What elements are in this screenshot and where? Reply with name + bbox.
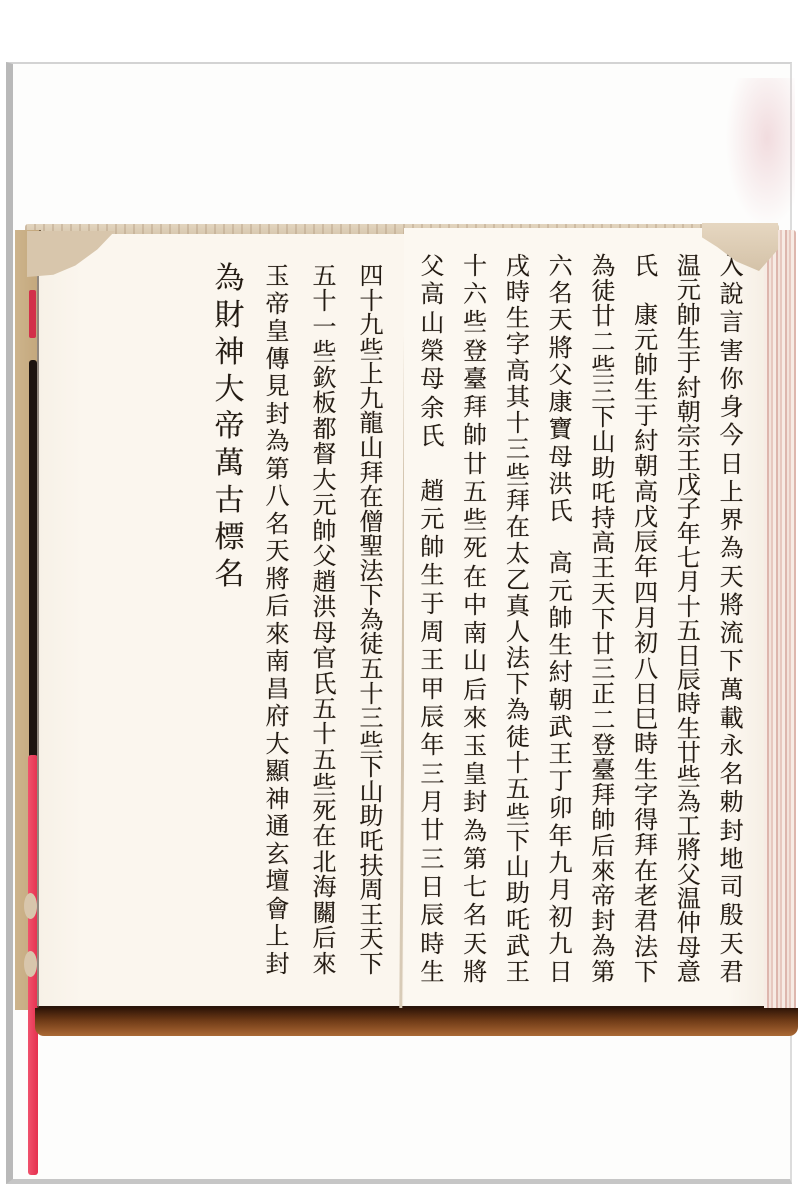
glyph: 生 (506, 306, 530, 330)
glyph: 五 (463, 480, 487, 504)
glyph: 二 (591, 708, 615, 732)
text-column: 玉帝皇傳見封為第八名天將后來南昌府大顯神通玄壇會上封 (255, 264, 300, 976)
glyph: 封 (463, 790, 487, 814)
glyph: 戊 (634, 505, 658, 529)
glyph: 萬 (720, 678, 744, 702)
glyph: 日 (420, 875, 444, 899)
glyph: 法 (360, 559, 384, 583)
glyph: 吒 (360, 829, 384, 853)
text-column: 父高山榮母余氏趙元帥生于周王甲辰年三月廿三日辰時生 (412, 254, 453, 984)
glyph: 為 (591, 254, 615, 278)
glyph: 月 (420, 790, 444, 814)
glyph: 后 (266, 594, 290, 618)
text-column: 六名天將父康寶母洪氏高元帥生紂朝武王丁卯年九月初九日 (540, 254, 581, 984)
glyph: 古 (215, 486, 245, 516)
text-column: 入說言害你身今日上界為天將流下萬載永名勅封地司殷天君 (711, 254, 752, 984)
binding-notch (24, 951, 37, 977)
glyph: 會 (266, 897, 290, 921)
glyph: 十 (506, 751, 530, 775)
glyph: 父 (677, 863, 701, 887)
glyph: 帥 (313, 519, 337, 543)
glyph: 于 (634, 404, 658, 428)
glyph: 來 (591, 859, 615, 883)
glyph: 王 (420, 648, 444, 672)
glyph: 法 (634, 935, 658, 959)
glyph: 三 (591, 657, 615, 681)
glyph: 中 (463, 593, 487, 617)
glyph: 廿 (591, 304, 615, 328)
glyph: 帝 (591, 884, 615, 908)
glyph: 父 (549, 363, 573, 387)
glyph: 趙 (313, 570, 337, 594)
text-column: 為徒廿二些三下山助吒持高王天下廿三正二登臺拜帥后來帝封為第 (583, 254, 624, 984)
glyph: 母 (420, 367, 444, 391)
glyph: 初 (549, 905, 573, 929)
glyph: 王 (506, 960, 530, 984)
glyph: 上 (266, 924, 290, 948)
glyph: 下 (506, 672, 530, 696)
glyph: 康 (549, 390, 573, 414)
pink-smudge (725, 78, 795, 228)
glyph: 為 (215, 264, 245, 294)
glyph: 下 (720, 649, 744, 673)
glyph: 母 (549, 445, 573, 469)
glyph: 五 (677, 619, 701, 643)
glyph: 府 (266, 704, 290, 728)
manuscript-photo: 四十九些上九龍山拜在僧聖法下為徒五十三些下山助吒扶周王天下五十一些欽板都督大元帥… (6, 62, 792, 1184)
glyph: 年 (549, 824, 573, 848)
glyph: 些 (677, 765, 701, 789)
binding-notch (24, 893, 37, 919)
glyph: 時 (634, 732, 658, 756)
glyph: 名 (215, 560, 245, 590)
text-column: 氏康元帥生于紂朝高戊辰年四月初八日巳時生字得拜在老君法下 (626, 254, 667, 984)
glyph: 十 (313, 722, 337, 746)
glyph: 天 (463, 932, 487, 956)
glyph: 帥 (549, 606, 573, 630)
glyph: 六 (463, 282, 487, 306)
glyph: 氏 (549, 499, 573, 523)
glyph: 都 (313, 417, 337, 441)
page-stack-edges (764, 230, 796, 1010)
glyph: 辰 (420, 903, 444, 927)
glyph: 皇 (463, 762, 487, 786)
glyph: 為 (360, 608, 384, 632)
glyph: 卯 (549, 796, 573, 820)
glyph: 死 (313, 799, 337, 823)
glyph: 將 (677, 838, 701, 862)
text-column: 温元帥生于紂朝宗王戊子年七月十五日辰時生廿些為工將父温仲母意 (669, 254, 710, 984)
glyph: 些 (360, 731, 384, 755)
glyph: 氏 (420, 424, 444, 448)
glyph: 為 (591, 934, 615, 958)
glyph: 王 (591, 556, 615, 580)
glyph: 二 (591, 330, 615, 354)
glyph: 意 (677, 960, 701, 984)
glyph: 海 (313, 875, 337, 899)
glyph: 在 (313, 824, 337, 848)
glyph: 地 (720, 847, 744, 871)
glyph: 帥 (420, 535, 444, 559)
glyph: 廿 (591, 632, 615, 656)
glyph: 僧 (360, 510, 384, 534)
glyph: 勅 (720, 790, 744, 814)
glyph: 欽 (313, 366, 337, 390)
left-page-text: 四十九些上九龍山拜在僧聖法下為徒五十三些下山助吒扶周王天下五十一些欽板都督大元帥… (206, 264, 394, 976)
glyph: 七 (463, 875, 487, 899)
glyph: 在 (463, 565, 487, 589)
glyph: 登 (591, 733, 615, 757)
glyph: 老 (634, 884, 658, 908)
glyph: 元 (634, 328, 658, 352)
glyph: 帝 (266, 292, 290, 316)
glyph: 正 (591, 682, 615, 706)
glyph: 帥 (591, 808, 615, 832)
glyph: 宗 (677, 424, 701, 448)
glyph: 法 (506, 646, 530, 670)
glyph: 下 (591, 405, 615, 429)
glyph: 四 (634, 581, 658, 605)
glyph: 朝 (549, 688, 573, 712)
glyph: 天 (549, 308, 573, 332)
glyph: 高 (634, 480, 658, 504)
glyph: 三 (506, 437, 530, 461)
glyph: 五 (313, 697, 337, 721)
glyph: 下 (360, 755, 384, 779)
glyph: 拜 (591, 783, 615, 807)
glyph: 洪 (549, 472, 573, 496)
glyph: 仲 (677, 911, 701, 935)
glyph: 康 (634, 303, 658, 327)
glyph: 五 (313, 748, 337, 772)
glyph: 下 (634, 960, 658, 984)
glyph: 元 (549, 579, 573, 603)
glyph: 月 (634, 606, 658, 630)
right-page: 入說言害你身今日上界為天將流下萬載永名勅封地司殷天君温元帥生于紂朝宗王戊子年七月… (404, 228, 764, 1010)
glyph: 山 (463, 649, 487, 673)
glyph: 第 (591, 960, 615, 984)
glyph: 流 (720, 621, 744, 645)
glyph: 北 (313, 850, 337, 874)
glyph: 紂 (634, 429, 658, 453)
glyph: 太 (506, 542, 530, 566)
glyph: 戊 (677, 473, 701, 497)
glyph: 你 (720, 367, 744, 391)
glyph: 些 (506, 803, 530, 827)
glyph: 元 (420, 507, 444, 531)
glyph: 氏 (313, 672, 337, 696)
glyph: 財 (215, 301, 245, 331)
glyph: 甲 (420, 677, 444, 701)
glyph: 下 (506, 829, 530, 853)
text-column: 五十一些欽板都督大元帥父趙洪母官氏五十五些死在北海關后來 (302, 264, 347, 976)
glyph: 工 (677, 814, 701, 838)
glyph: 標 (215, 523, 245, 553)
glyph: 九 (360, 387, 384, 411)
glyph: 下 (360, 952, 384, 976)
text-column: 十六些登臺拜帥廿五些死在中南山后來玉皇封為第七名天將 (455, 254, 496, 984)
glyph: 月 (549, 878, 573, 902)
glyph: 為 (506, 698, 530, 722)
text-column: 戌時生字高其十三些拜在太乙真人法下為徒十五些下山助吒武王 (498, 254, 539, 984)
glyph: 大 (313, 468, 337, 492)
glyph: 萬 (215, 449, 245, 479)
glyph: 殷 (720, 903, 744, 927)
glyph: 官 (313, 646, 337, 670)
glyph: 高 (420, 282, 444, 306)
glyph: 時 (420, 932, 444, 956)
glyph: 些 (313, 773, 337, 797)
glyph: 督 (313, 442, 337, 466)
glyph: 天 (720, 932, 744, 956)
glyph: 南 (463, 621, 487, 645)
glyph: 皇 (266, 319, 290, 343)
glyph: 大 (266, 732, 290, 756)
glyph: 大 (215, 375, 245, 405)
text-column: 四十九些上九龍山拜在僧聖法下為徒五十三些下山助吒扶周王天下 (349, 264, 394, 976)
text-column: 為財神大帝萬古標名 (206, 264, 253, 976)
glyph: 洪 (313, 595, 337, 619)
glyph: 高 (506, 359, 530, 383)
glyph: 廿 (677, 741, 701, 765)
glyph: 些 (360, 338, 384, 362)
glyph: 乙 (506, 568, 530, 592)
glyph: 十 (313, 289, 337, 313)
glyph: 高 (591, 531, 615, 555)
glyph: 温 (677, 887, 701, 911)
glyph: 七 (677, 546, 701, 570)
glyph: 下 (591, 607, 615, 631)
glyph: 徒 (360, 632, 384, 656)
glyph: 些 (463, 310, 487, 334)
glyph: 真 (506, 594, 530, 618)
glyph: 神 (266, 787, 290, 811)
glyph: 在 (506, 515, 530, 539)
glyph: 三 (420, 762, 444, 786)
glyph: 說 (720, 282, 744, 306)
glyph: 周 (360, 878, 384, 902)
glyph: 吒 (506, 908, 530, 932)
table-shadow-edge (35, 1008, 798, 1036)
glyph: 關 (313, 901, 337, 925)
glyph: 來 (266, 622, 290, 646)
glyph: 為 (720, 536, 744, 560)
glyph: 氏 (634, 254, 658, 278)
glyph: 武 (549, 715, 573, 739)
glyph: 辰 (634, 530, 658, 554)
glyph: 年 (634, 555, 658, 579)
glyph: 天 (266, 539, 290, 563)
glyph: 巳 (634, 707, 658, 731)
right-page-text: 入說言害你身今日上界為天將流下萬載永名勅封地司殷天君温元帥生于紂朝宗王戊子年七月… (412, 254, 752, 984)
glyph: 日 (634, 682, 658, 706)
glyph: 徒 (591, 279, 615, 303)
glyph: 四 (360, 264, 384, 288)
glyph: 山 (360, 780, 384, 804)
glyph: 丁 (549, 769, 573, 793)
glyph: 趙 (420, 479, 444, 503)
glyph: 將 (463, 960, 487, 984)
glyph: 后 (463, 678, 487, 702)
glyph: 紂 (677, 376, 701, 400)
glyph: 身 (720, 395, 744, 419)
glyph: 日 (549, 960, 573, 984)
glyph: 通 (266, 814, 290, 838)
glyph: 將 (720, 593, 744, 617)
glyph: 母 (677, 936, 701, 960)
glyph: 司 (720, 875, 744, 899)
glyph: 十 (360, 682, 384, 706)
glyph: 后 (591, 834, 615, 858)
glyph: 為 (266, 429, 290, 453)
glyph: 天 (591, 582, 615, 606)
glyph: 五 (506, 777, 530, 801)
glyph: 月 (677, 570, 701, 594)
glyph: 紂 (549, 660, 573, 684)
glyph: 上 (360, 362, 384, 386)
glyph: 朝 (677, 400, 701, 424)
glyph: 名 (266, 512, 290, 536)
glyph: 封 (591, 909, 615, 933)
glyph: 朝 (634, 454, 658, 478)
glyph: 名 (463, 903, 487, 927)
glyph: 帥 (463, 423, 487, 447)
glyph: 九 (360, 313, 384, 337)
glyph: 玉 (266, 264, 290, 288)
glyph: 辰 (677, 668, 701, 692)
glyph: 吒 (591, 481, 615, 505)
glyph: 些 (591, 355, 615, 379)
glyph: 得 (634, 808, 658, 832)
glyph: 山 (360, 436, 384, 460)
glyph: 母 (313, 621, 337, 645)
glyph: 生 (677, 717, 701, 741)
glyph: 寶 (549, 417, 573, 441)
glyph: 元 (677, 278, 701, 302)
glyph: 生 (549, 633, 573, 657)
glyph: 山 (420, 311, 444, 335)
glyph: 時 (677, 692, 701, 716)
glyph: 永 (720, 734, 744, 758)
glyph: 年 (677, 522, 701, 546)
glyph: 聖 (360, 534, 384, 558)
glyph: 玄 (266, 842, 290, 866)
glyph: 王 (549, 742, 573, 766)
glyph: 父 (420, 254, 444, 278)
glyph: 余 (420, 396, 444, 420)
glyph: 名 (720, 762, 744, 786)
glyph: 廿 (463, 452, 487, 476)
glyph: 生 (677, 327, 701, 351)
glyph: 些 (506, 463, 530, 487)
glyph: 今 (720, 423, 744, 447)
glyph: 助 (506, 881, 530, 905)
glyph: 帥 (677, 303, 701, 327)
glyph: 王 (677, 449, 701, 473)
glyph: 些 (313, 340, 337, 364)
glyph: 封 (720, 819, 744, 843)
glyph: 言 (720, 310, 744, 334)
glyph: 下 (360, 583, 384, 607)
glyph: 助 (591, 456, 615, 480)
glyph: 其 (506, 385, 530, 409)
glyph: 臺 (463, 367, 487, 391)
glyph: 父 (313, 544, 337, 568)
glyph: 一 (313, 315, 337, 339)
glyph: 五 (313, 264, 337, 288)
glyph: 登 (463, 339, 487, 363)
glyph: 九 (549, 851, 573, 875)
glyph: 天 (360, 927, 384, 951)
glyph: 壇 (266, 869, 290, 893)
glyph: 害 (720, 339, 744, 363)
glyph: 君 (720, 960, 744, 984)
glyph: 拜 (360, 461, 384, 485)
glyph: 十 (360, 289, 384, 313)
glyph: 生 (634, 378, 658, 402)
glyph: 日 (720, 452, 744, 476)
glyph: 第 (266, 457, 290, 481)
glyph: 后 (313, 926, 337, 950)
glyph: 榮 (420, 339, 444, 363)
glyph: 扶 (360, 854, 384, 878)
glyph: 生 (420, 960, 444, 984)
glyph: 為 (463, 819, 487, 843)
glyph: 載 (720, 706, 744, 730)
glyph: 南 (266, 649, 290, 673)
glyph: 字 (506, 332, 530, 356)
glyph: 帝 (215, 412, 245, 442)
glyph: 八 (266, 484, 290, 508)
spine-red-patch (29, 290, 36, 338)
glyph: 君 (634, 909, 658, 933)
glyph: 昌 (266, 677, 290, 701)
glyph: 將 (266, 567, 290, 591)
glyph: 武 (506, 934, 530, 958)
glyph: 初 (634, 631, 658, 655)
glyph: 為 (677, 790, 701, 814)
glyph: 元 (313, 493, 337, 517)
glyph: 周 (420, 620, 444, 644)
glyph: 名 (549, 281, 573, 305)
glyph: 高 (549, 551, 573, 575)
glyph: 見 (266, 374, 290, 398)
glyph: 臺 (591, 758, 615, 782)
glyph: 拜 (634, 833, 658, 857)
glyph: 來 (463, 706, 487, 730)
glyph: 子 (677, 497, 701, 521)
glyph: 傳 (266, 347, 290, 371)
glyph: 第 (463, 847, 487, 871)
glyph: 徒 (506, 725, 530, 749)
glyph: 助 (360, 804, 384, 828)
glyph: 年 (420, 733, 444, 757)
glyph: 拜 (463, 395, 487, 419)
glyph: 十 (463, 254, 487, 278)
glyph: 三 (360, 706, 384, 730)
glyph: 界 (720, 508, 744, 532)
glyph: 些 (463, 508, 487, 532)
glyph: 山 (506, 855, 530, 879)
glyph: 十 (677, 595, 701, 619)
glyph: 于 (677, 351, 701, 375)
glyph: 死 (463, 536, 487, 560)
glyph: 王 (360, 903, 384, 927)
glyph: 拜 (506, 489, 530, 513)
glyph: 日 (677, 644, 701, 668)
glyph: 封 (266, 952, 290, 976)
glyph: 帥 (634, 353, 658, 377)
